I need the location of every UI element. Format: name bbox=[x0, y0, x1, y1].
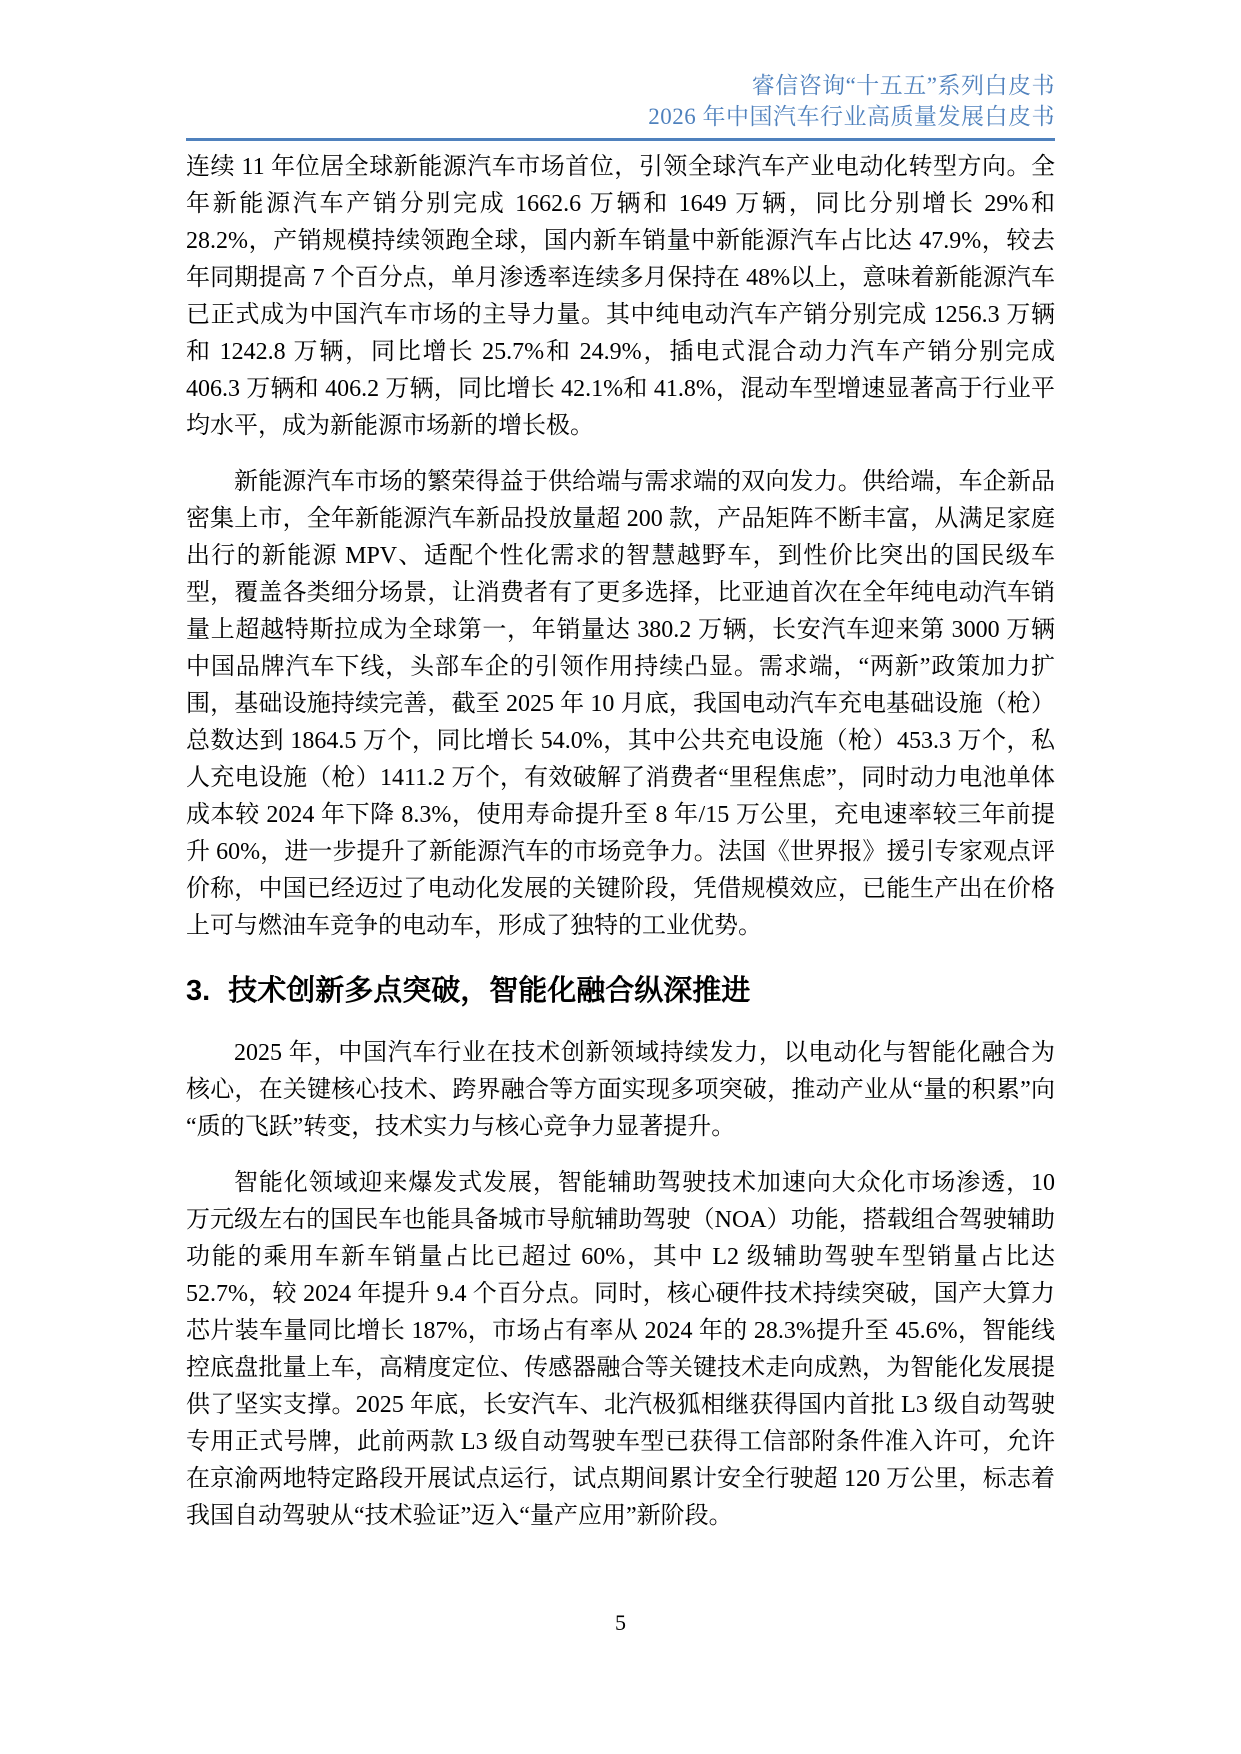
paragraph-tech-innovation: 2025 年，中国汽车行业在技术创新领域持续发力，以电动化与智能化融合为核心，在… bbox=[186, 1035, 1055, 1146]
paragraph-intelligence: 智能化领域迎来爆发式发展，智能辅助驾驶技术加速向大众化市场渗透，10 万元级左右… bbox=[186, 1165, 1055, 1535]
running-header: 睿信咨询“十五五”系列白皮书 2026 年中国汽车行业高质量发展白皮书 bbox=[186, 70, 1055, 132]
header-line-report-title: 2026 年中国汽车行业高质量发展白皮书 bbox=[186, 101, 1055, 132]
page-footer: 5 bbox=[0, 1610, 1241, 1636]
section-heading-text: 技术创新多点突破，智能化融合纵深推进 bbox=[228, 975, 750, 1007]
section-heading-number: 3. bbox=[186, 975, 210, 1007]
paragraph-supply-demand: 新能源汽车市场的繁荣得益于供给端与需求端的双向发力。供给端，车企新品密集上市，全… bbox=[186, 464, 1055, 945]
paragraph-nev-market-overview: 连续 11 年位居全球新能源汽车市场首位，引领全球汽车产业电动化转型方向。全年新… bbox=[186, 149, 1055, 445]
document-page: 睿信咨询“十五五”系列白皮书 2026 年中国汽车行业高质量发展白皮书 连续 1… bbox=[0, 0, 1241, 1754]
page-header: 睿信咨询“十五五”系列白皮书 2026 年中国汽车行业高质量发展白皮书 bbox=[0, 0, 1241, 141]
header-line-series-title: 睿信咨询“十五五”系列白皮书 bbox=[186, 70, 1055, 101]
section-heading: 3.技术创新多点突破，智能化融合纵深推进 bbox=[186, 971, 1055, 1011]
page-body: 连续 11 年位居全球新能源汽车市场首位，引领全球汽车产业电动化转型方向。全年新… bbox=[0, 141, 1241, 1535]
page-number: 5 bbox=[615, 1610, 626, 1635]
